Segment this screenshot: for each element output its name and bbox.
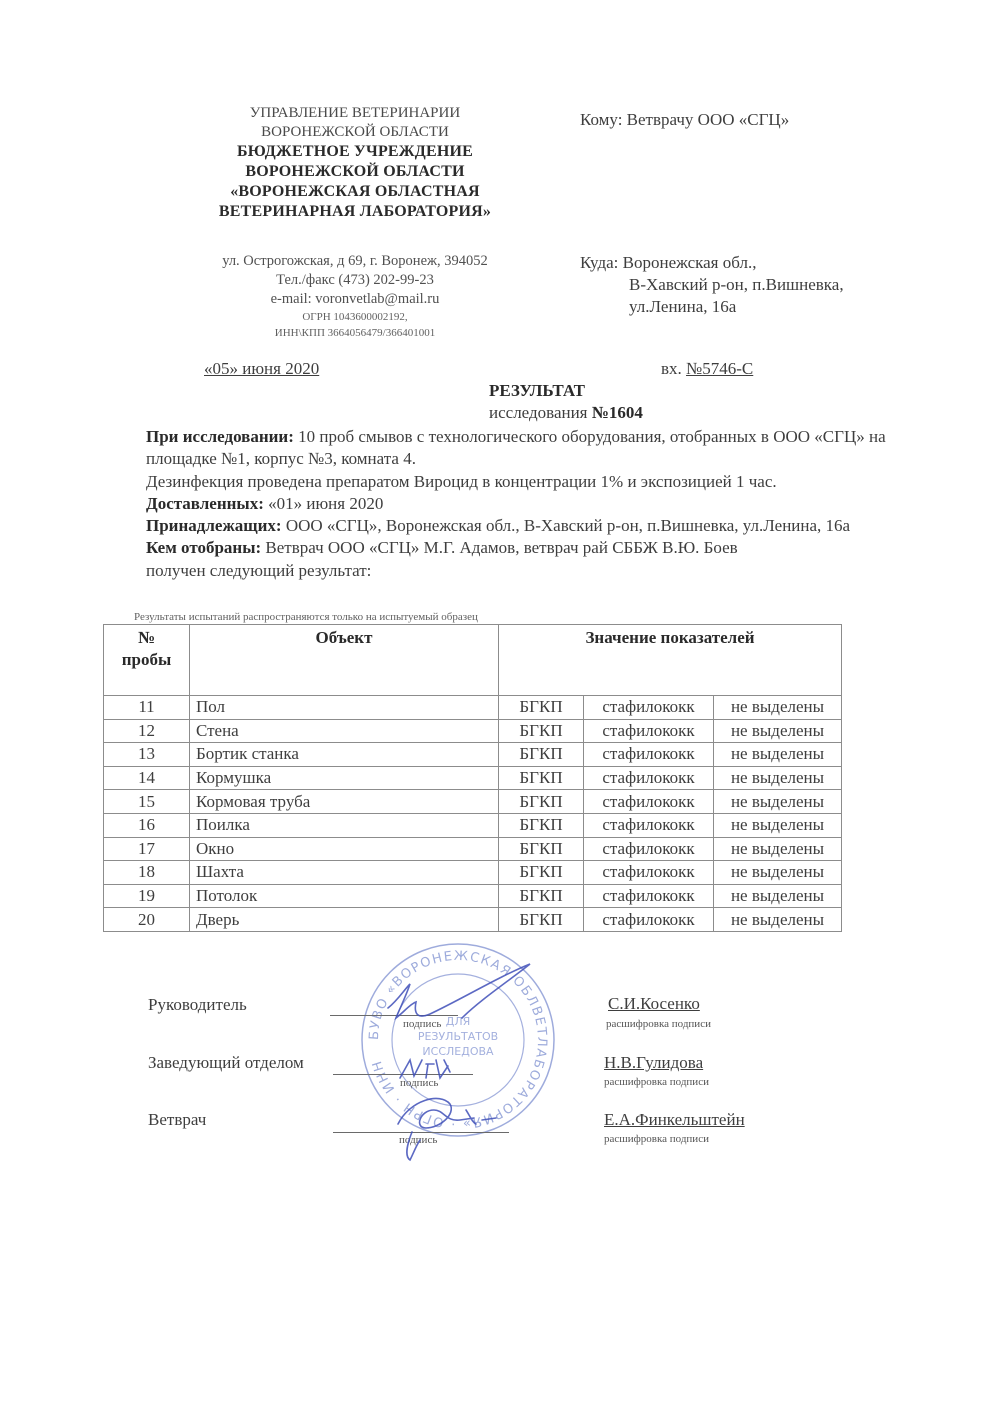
header-object: Объект [190, 625, 499, 696]
recipient-address-line: В-Хавский р-он, п.Вишневка, [580, 274, 844, 296]
cell-object: Дверь [190, 908, 499, 932]
header-sample-number: № пробы [104, 625, 190, 696]
research-details: При исследовании: 10 проб смывов с техно… [146, 426, 926, 582]
recipient-address: Куда: Воронежская обл., В-Хавский р-он, … [580, 252, 844, 318]
signature-role-vet: Ветврач [148, 1110, 206, 1130]
cell-indicator-bgkp: БГКП [499, 813, 584, 837]
organization-header: УПРАВЛЕНИЕ ВЕТЕРИНАРИИ ВОРОНЕЖСКОЙ ОБЛАС… [180, 104, 530, 222]
org-ogrn: ОГРН 1043600002192, [180, 309, 530, 325]
header-values: Значение показателей [499, 625, 842, 696]
cell-indicator-staph: стафилококк [584, 790, 714, 814]
sampled-text: Ветврач ООО «СГЦ» М.Г. Адамов, ветврач р… [265, 538, 737, 557]
cell-result: не выделены [714, 837, 842, 861]
org-name-line: «ВОРОНЕЖСКАЯ ОБЛАСТНАЯ [180, 182, 530, 202]
cell-sample-number: 19 [104, 884, 190, 908]
owner-paragraph: Принадлежащих: ООО «СГЦ», Воронежская об… [146, 515, 876, 537]
reference-number: №5746-С [686, 359, 753, 378]
cell-object: Бортик станка [190, 743, 499, 767]
cell-result: не выделены [714, 696, 842, 720]
org-name-line: ВЕТЕРИНАРНАЯ ЛАБОРАТОРИЯ» [180, 202, 530, 222]
delivered-paragraph: Доставленных: «01» июня 2020 [146, 493, 926, 515]
signer-name-vet: Е.А.Финкельштейн [604, 1110, 745, 1130]
owner-text: ООО «СГЦ», Воронежская обл., В-Хавский р… [286, 516, 850, 535]
org-name-line: ВОРОНЕЖСКОЙ ОБЛАСТИ [180, 162, 530, 182]
org-email: e-mail: voronvetlab@mail.ru [180, 290, 530, 309]
table-row: 14КормушкаБГКПстафилококкне выделены [104, 766, 842, 790]
signature-role-head: Руководитель [148, 995, 247, 1015]
document-date: «05» июня 2020 [204, 359, 319, 379]
cell-result: не выделены [714, 790, 842, 814]
cell-sample-number: 16 [104, 813, 190, 837]
incoming-reference: вх. №5746-С [661, 359, 753, 379]
table-row: 20ДверьБГКПстафилококкне выделены [104, 908, 842, 932]
result-intro: получен следующий результат: [146, 560, 926, 582]
handwritten-signatures-icon [370, 960, 600, 1170]
cell-sample-number: 12 [104, 719, 190, 743]
org-name-line: БЮДЖЕТНОЕ УЧРЕЖДЕНИЕ [180, 142, 530, 162]
cell-result: не выделены [714, 743, 842, 767]
recipient-address-line: ул.Ленина, 16а [580, 296, 844, 318]
cell-indicator-bgkp: БГКП [499, 696, 584, 720]
table-row: 13Бортик станкаБГКПстафилококкне выделен… [104, 743, 842, 767]
cell-indicator-bgkp: БГКП [499, 908, 584, 932]
table-body: 11ПолБГКПстафилококкне выделены12СтенаБГ… [104, 696, 842, 932]
results-disclaimer: Результаты испытаний распространяются то… [134, 611, 478, 623]
cell-object: Поилка [190, 813, 499, 837]
cell-object: Кормовая труба [190, 790, 499, 814]
table-header-row: № пробы Объект Значение показателей [104, 625, 842, 696]
document-subtitle: исследования №1604 [489, 403, 643, 423]
table-row: 11ПолБГКПстафилококкне выделены [104, 696, 842, 720]
subtitle-prefix: исследования [489, 403, 588, 422]
cell-object: Потолок [190, 884, 499, 908]
signature-decode-caption: расшифровка подписи [604, 1076, 709, 1088]
org-line: УПРАВЛЕНИЕ ВЕТЕРИНАРИИ [180, 104, 530, 123]
table-row: 16ПоилкаБГКПстафилококкне выделены [104, 813, 842, 837]
cell-sample-number: 17 [104, 837, 190, 861]
document-title: РЕЗУЛЬТАТ [489, 381, 585, 401]
signer-name-department: Н.В.Гулидова [604, 1053, 703, 1073]
header-number-sign: № [110, 627, 183, 649]
cell-sample-number: 11 [104, 696, 190, 720]
cell-indicator-staph: стафилококк [584, 743, 714, 767]
cell-sample-number: 15 [104, 790, 190, 814]
cell-object: Стена [190, 719, 499, 743]
cell-object: Окно [190, 837, 499, 861]
cell-indicator-bgkp: БГКП [499, 861, 584, 885]
signature-role-department: Заведующий отделом [148, 1053, 304, 1073]
research-label: При исследовании: [146, 427, 294, 446]
table-row: 18ШахтаБГКПстафилококкне выделены [104, 861, 842, 885]
cell-sample-number: 13 [104, 743, 190, 767]
cell-sample-number: 14 [104, 766, 190, 790]
signature-decode-caption: расшифровка подписи [606, 1018, 711, 1030]
cell-indicator-staph: стафилококк [584, 908, 714, 932]
org-inn: ИНН\КПП 3664056479/366401001 [180, 325, 530, 341]
cell-indicator-staph: стафилококк [584, 861, 714, 885]
cell-object: Пол [190, 696, 499, 720]
organization-contacts: ул. Острогожская, д 69, г. Воронеж, 3940… [180, 252, 530, 341]
cell-result: не выделены [714, 766, 842, 790]
delivered-text: «01» июня 2020 [268, 494, 383, 513]
org-phone: Тел./факс (473) 202-99-23 [180, 271, 530, 290]
owner-label: Принадлежащих: [146, 516, 282, 535]
cell-sample-number: 20 [104, 908, 190, 932]
sampled-label: Кем отобраны: [146, 538, 261, 557]
table-row: 15Кормовая трубаБГКПстафилококкне выделе… [104, 790, 842, 814]
cell-result: не выделены [714, 813, 842, 837]
cell-indicator-staph: стафилококк [584, 696, 714, 720]
table-row: 17ОкноБГКПстафилококкне выделены [104, 837, 842, 861]
cell-indicator-bgkp: БГКП [499, 766, 584, 790]
recipient-address-line: Куда: Воронежская обл., [580, 252, 844, 274]
org-address: ул. Острогожская, д 69, г. Воронеж, 3940… [180, 252, 530, 271]
cell-indicator-bgkp: БГКП [499, 837, 584, 861]
cell-object: Кормушка [190, 766, 499, 790]
disinfection-text: Дезинфекция проведена препаратом Вироцид… [146, 471, 926, 493]
cell-indicator-bgkp: БГКП [499, 884, 584, 908]
cell-indicator-staph: стафилококк [584, 719, 714, 743]
cell-indicator-staph: стафилококк [584, 884, 714, 908]
cell-sample-number: 18 [104, 861, 190, 885]
table-row: 19ПотолокБГКПстафилококкне выделены [104, 884, 842, 908]
org-line: ВОРОНЕЖСКОЙ ОБЛАСТИ [180, 123, 530, 142]
reference-prefix: вх. [661, 359, 682, 378]
signer-name-head: С.И.Косенко [608, 994, 700, 1014]
cell-indicator-bgkp: БГКП [499, 743, 584, 767]
cell-indicator-staph: стафилококк [584, 813, 714, 837]
cell-indicator-bgkp: БГКП [499, 719, 584, 743]
table-row: 12СтенаБГКПстафилококкне выделены [104, 719, 842, 743]
research-number: №1604 [592, 403, 643, 422]
cell-indicator-staph: стафилококк [584, 837, 714, 861]
cell-result: не выделены [714, 719, 842, 743]
cell-object: Шахта [190, 861, 499, 885]
cell-indicator-bgkp: БГКП [499, 790, 584, 814]
research-paragraph: При исследовании: 10 проб смывов с техно… [146, 426, 926, 471]
delivered-label: Доставленных: [146, 494, 264, 513]
sampled-paragraph: Кем отобраны: Ветврач ООО «СГЦ» М.Г. Ада… [146, 537, 926, 559]
signature-decode-caption: расшифровка подписи [604, 1133, 709, 1145]
cell-result: не выделены [714, 884, 842, 908]
results-table: № пробы Объект Значение показателей 11По… [103, 624, 842, 932]
cell-indicator-staph: стафилококк [584, 766, 714, 790]
recipient: Кому: Ветврачу ООО «СГЦ» [580, 110, 789, 130]
header-sample-word: пробы [110, 649, 183, 671]
cell-result: не выделены [714, 908, 842, 932]
cell-result: не выделены [714, 861, 842, 885]
